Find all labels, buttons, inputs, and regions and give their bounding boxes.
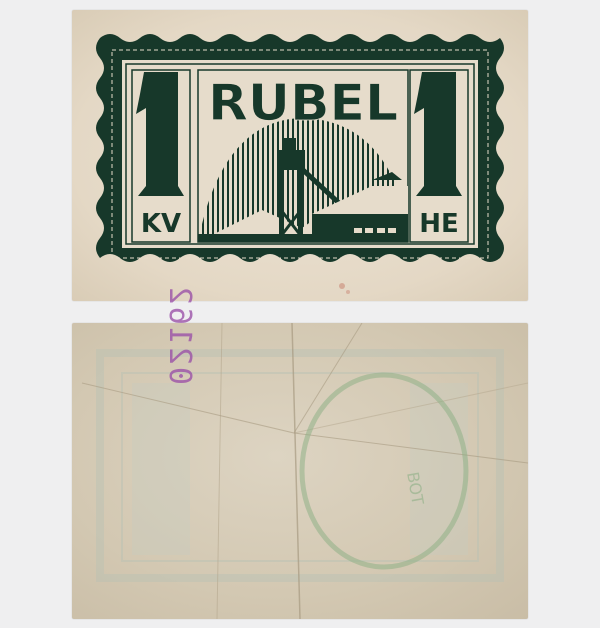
banknote-back: BOT 02162 (72, 323, 528, 619)
back-faded-print: BOT (72, 323, 528, 619)
serial-number-stamp: 02162 (162, 285, 197, 385)
note-title: RUBEL (208, 74, 398, 132)
banknote-front: KV HE RUBEL (72, 10, 528, 301)
corner-text-right: HE (419, 209, 459, 239)
front-engraving: KV HE RUBEL (72, 10, 528, 301)
corner-text-left: KV (141, 209, 181, 239)
